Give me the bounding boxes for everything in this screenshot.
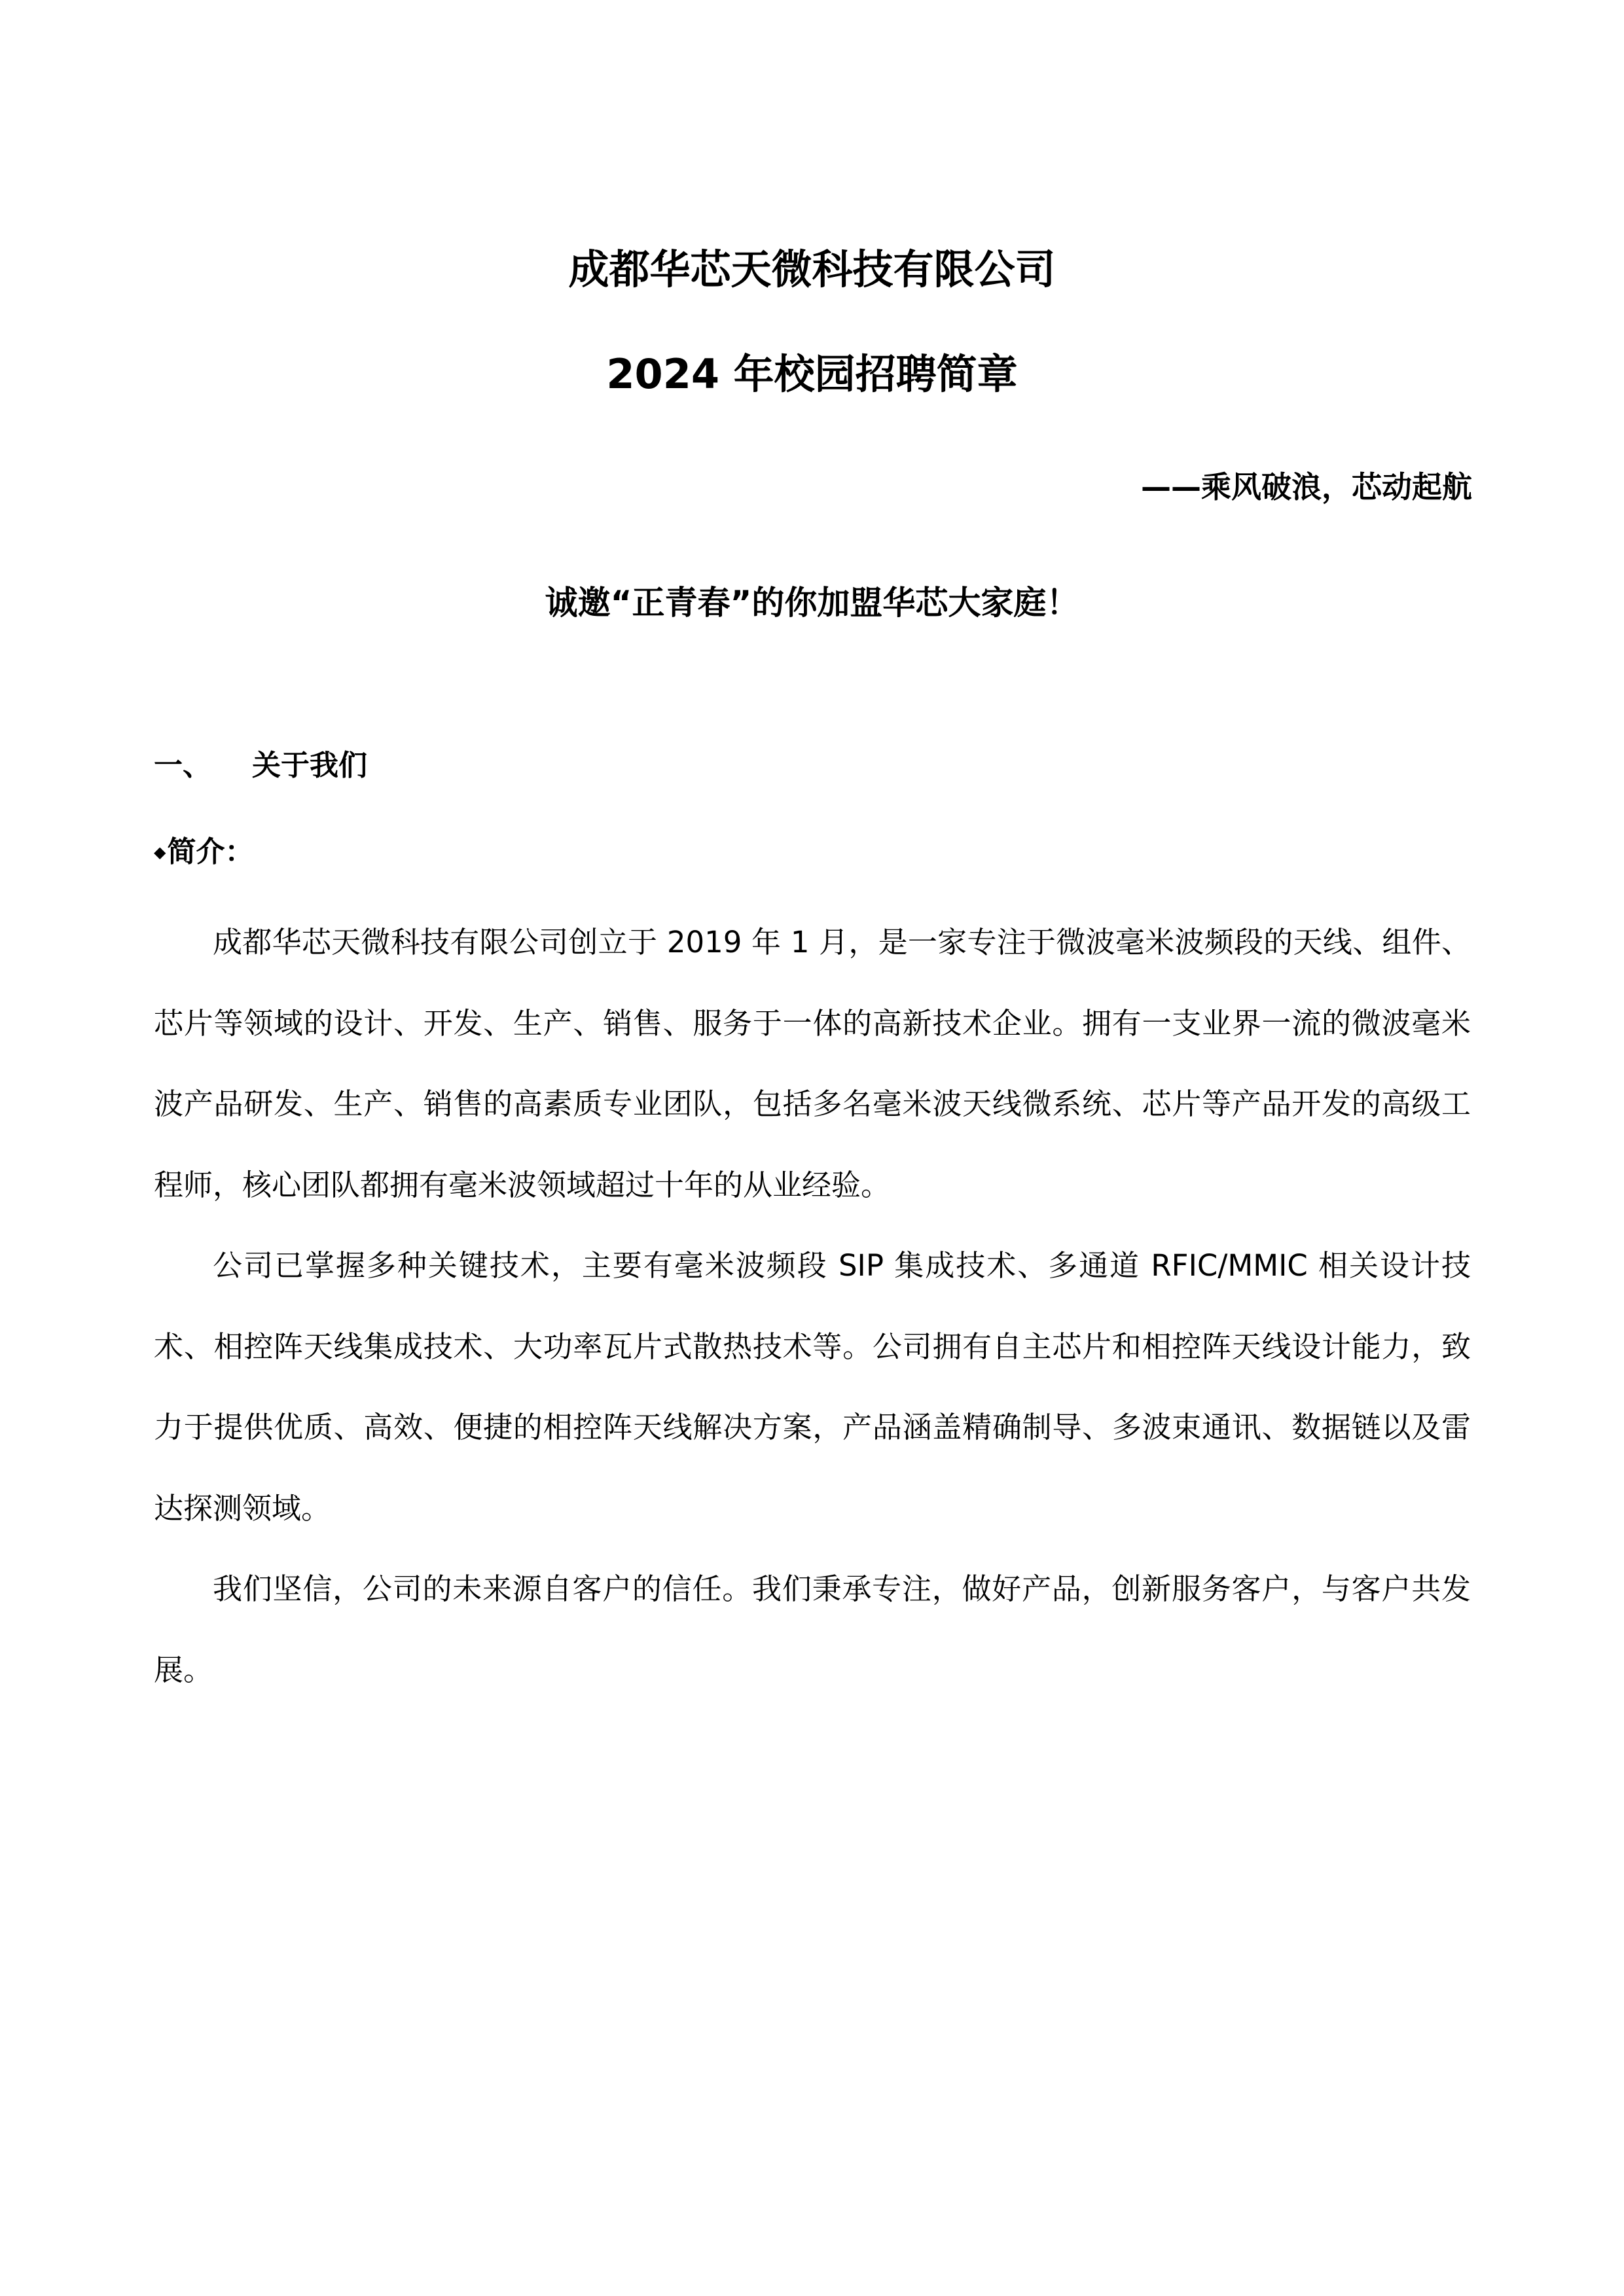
section-title: 关于我们 (252, 749, 367, 782)
recruitment-title: 2024 年校园招聘简章 (0, 348, 1624, 401)
subheading-label: 简介： (167, 835, 253, 869)
subheading-introduction: ◆简介： (154, 833, 253, 872)
diamond-bullet-icon: ◆ (154, 843, 166, 861)
company-name-title: 成都华芯天微科技有限公司 (0, 243, 1624, 296)
intro-paragraph-3: 我们坚信，公司的未来源自客户的信任。我们秉承专注，做好产品，创新服务客户，与客户… (154, 1549, 1471, 1710)
invitation-heading: 诚邀“正青春”的你加盟华芯大家庭！ (0, 580, 1624, 626)
slogan: ——乘风破浪，芯动起航 (1141, 466, 1472, 508)
intro-paragraph-2: 公司已掌握多种关键技术，主要有毫米波频段 SIP 集成技术、多通道 RFIC/M… (154, 1225, 1471, 1549)
intro-paragraph-1: 成都华芯天微科技有限公司创立于 2019 年 1 月，是一家专注于微波毫米波频段… (154, 902, 1471, 1225)
section-heading-about-us: 一、关于我们 (154, 746, 367, 785)
document-page: 成都华芯天微科技有限公司 2024 年校园招聘简章 ——乘风破浪，芯动起航 诚邀… (0, 0, 1624, 2296)
section-number: 一、 (154, 746, 252, 785)
